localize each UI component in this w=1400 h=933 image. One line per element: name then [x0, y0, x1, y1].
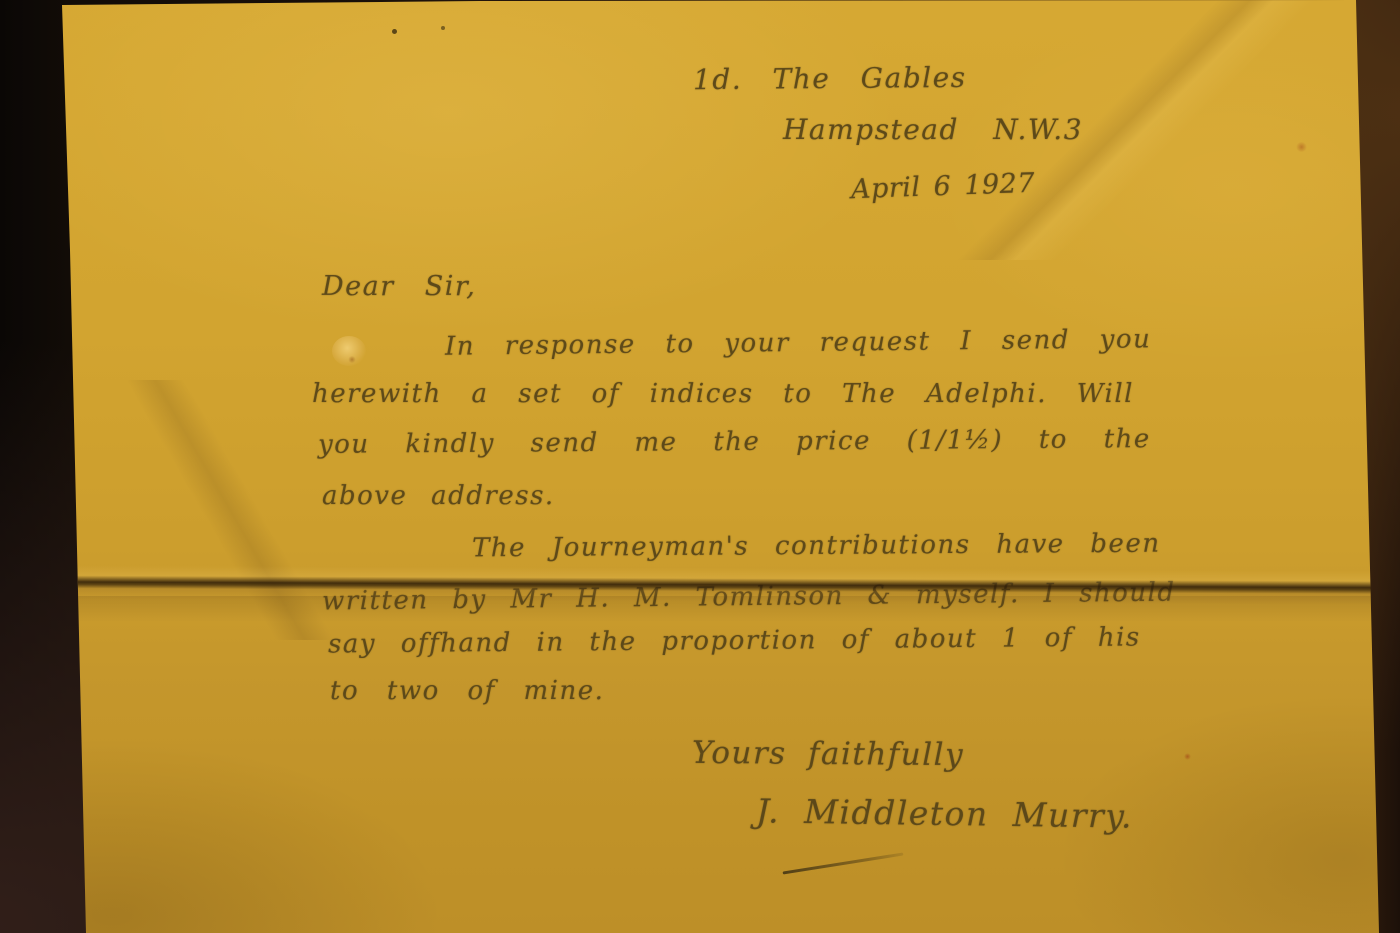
address-line-1: 1d. The Gables — [693, 61, 967, 96]
body-para1-line2: herewith a set of indices to The Adelphi… — [312, 379, 1134, 409]
signature: J. Middleton Murry. — [756, 791, 1134, 835]
paper-surface — [0, 0, 1400, 933]
letter-paper: 1d. The Gables Hampstead N.W.3 April 6 1… — [0, 0, 1400, 933]
body-para1-line4: above address. — [322, 481, 555, 511]
address-line-2: Hampstead N.W.3 — [783, 113, 1083, 146]
body-para2-line1: The Journeyman's contributions have been — [472, 529, 1161, 564]
date-line: April 6 1927 — [851, 168, 1036, 205]
body-para1-line3: you kindly send me the price (1/1½) to t… — [318, 424, 1151, 460]
body-para2-line4: to two of mine. — [330, 676, 604, 706]
closing-line: Yours faithfully — [692, 735, 964, 773]
letter-photo: 1d. The Gables Hampstead N.W.3 April 6 1… — [0, 0, 1400, 933]
horizontal-fold-crease — [0, 565, 1400, 605]
salutation: Dear Sir, — [322, 271, 476, 302]
